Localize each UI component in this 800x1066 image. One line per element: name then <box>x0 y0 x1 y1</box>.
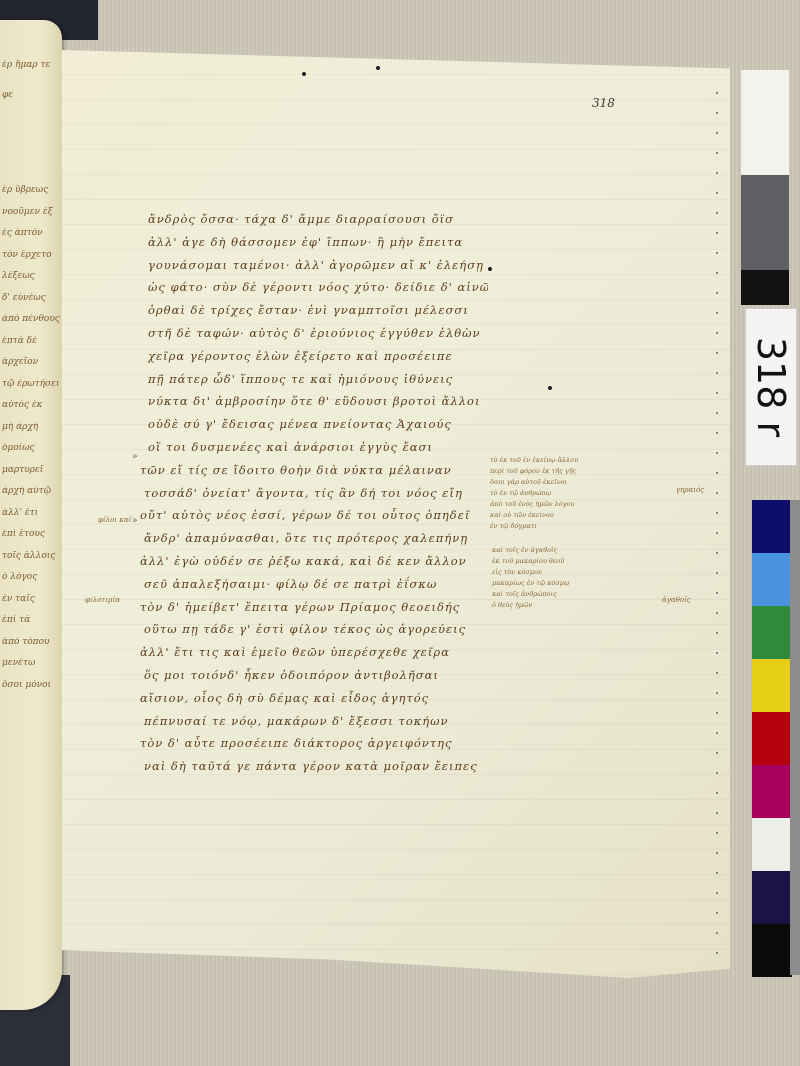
manuscript-line: σεῦ ἀπαλεξήσαιμι· φίλῳ δέ σε πατρὶ ἐΐσκω <box>144 573 488 596</box>
left-page-fragment: νοοῦμεν ἐξ <box>2 207 60 217</box>
gloss-line: ὁ θεὸς ἡμῶν <box>492 600 632 611</box>
ink-spot <box>488 267 492 271</box>
manuscript-line: ἀλλ' ἀγε δὴ θάσσομεν ἐφ' ἵππων· ἢ μὴν ἔπ… <box>148 231 488 254</box>
pricking-mark <box>716 152 718 154</box>
left-page-fragment: μαρτυρεῖ <box>2 465 60 475</box>
pricking-mark <box>716 472 718 474</box>
color-patch <box>752 818 792 871</box>
gray-patch <box>741 175 789 270</box>
color-patch <box>752 712 792 765</box>
color-patch <box>752 553 792 606</box>
interlinear-gloss-block-1: τὸ ἐκ τοῦ ἐν ἐκείνῳ ἄλλουπερὶ τοῦ φόρου … <box>490 455 640 532</box>
pricking-mark <box>716 272 718 274</box>
gloss-line: ἐν τῷ δόγματι <box>490 521 640 532</box>
left-page-fragment: τοῖς ἄλλοις <box>2 551 60 561</box>
pricking-mark <box>716 312 718 314</box>
pricking-mark <box>716 612 718 614</box>
left-page-fragment: αὐτὸς ἐκ <box>2 400 60 410</box>
pricking-mark <box>716 212 718 214</box>
gloss-line: ἐκ τοῦ μακαρίου θεοῦ <box>492 556 632 567</box>
pricking-mark <box>716 292 718 294</box>
main-text-block: ἄνδρὸς ὄσσα· τάχα δ' ἄμμε διαρραίσουσι ὄ… <box>148 208 488 778</box>
gray-patch <box>741 270 789 305</box>
pricking-mark <box>716 332 718 334</box>
manuscript-line: ἀλλ' ἔτι τις καὶ ἐμεῖο θεῶν ὑπερέσχεθε χ… <box>140 641 488 664</box>
color-patch <box>752 765 792 818</box>
pricking-mark <box>716 712 718 714</box>
manuscript-line: ὡς φάτο· σὺν δὲ γέροντι νόος χύτο· δείδι… <box>148 276 488 299</box>
manuscript-line: ὅς μοι τοιόνδ' ἧκεν ὁδοιπόρον ἀντιβολῆσα… <box>144 664 488 687</box>
left-page-fragment: ἀρχὴ αὐτῷ <box>2 486 60 496</box>
pricking-mark <box>716 752 718 754</box>
ink-spot <box>548 386 552 390</box>
manuscript-line: νύκτα δι' ἀμβροσίην ὅτε θ' εὕδουσι βροτο… <box>148 390 488 413</box>
manuscript-line: πέπνυσαί τε νόῳ, μακάρων δ' ἔξεσσι τοκήω… <box>144 710 488 733</box>
left-page-fragment: ἐρ ὕβρεως <box>2 185 60 195</box>
pricking-mark <box>716 912 718 914</box>
left-page-fragment: μὴ ἀρχή <box>2 422 60 432</box>
color-patch <box>752 924 792 977</box>
left-page-fragment: ἀπὸ τόπου <box>2 637 60 647</box>
pricking-mark <box>716 832 718 834</box>
pricking-mark <box>716 552 718 554</box>
pricking-mark <box>716 572 718 574</box>
manuscript-line: ναὶ δὴ ταῦτά γε πάντα γέρον κατὰ μοῖραν … <box>144 755 488 778</box>
left-page-fragment: ἀπὸ πένθους <box>2 314 60 324</box>
left-page-fragment: φε <box>2 90 60 100</box>
measurement-ruler <box>790 500 800 975</box>
gloss-line: μακαρίως ἐν τῷ κόσμῳ <box>492 578 632 589</box>
pricking-mark <box>716 172 718 174</box>
pricking-mark <box>716 932 718 934</box>
pricking-mark <box>716 112 718 114</box>
manuscript-line: ἄνδρ' ἀπαμύνασθαι, ὅτε τις πρότερος χαλε… <box>144 527 488 550</box>
pricking-mark <box>716 252 718 254</box>
pricking-mark <box>716 492 718 494</box>
manuscript-line: χεῖρα γέροντος ἑλὼν ἐξείρετο καὶ προσέει… <box>148 345 488 368</box>
left-page-fragment: ἐρ ἤμαρ τε <box>2 60 60 70</box>
left-page-fragment: ὁμοίως <box>2 443 60 453</box>
facing-left-page: ἐρ ἤμαρ τεφεἐρ ὕβρεωςνοοῦμεν ἐξἐς ἀπτὸντ… <box>0 20 62 1010</box>
pricking-mark <box>716 512 718 514</box>
line-marker: » <box>132 516 138 526</box>
left-page-fragment: ἑπτὰ δὲ <box>2 336 60 346</box>
pricking-mark <box>716 392 718 394</box>
manuscript-line: στῆ δὲ ταφών· αὐτὸς δ' ἐριούνιος ἐγγύθεν… <box>148 322 488 345</box>
gray-scale-card <box>741 70 789 305</box>
manuscript-line: τὸν δ' ἠμείβετ' ἔπειτα γέρων Πρίαμος θεο… <box>140 596 488 619</box>
pricking-mark <box>716 812 718 814</box>
color-patch <box>752 606 792 659</box>
left-page-fragment: τὸν ἔρχετο <box>2 250 60 260</box>
left-page-fragment: μενέτω <box>2 658 60 668</box>
gloss-line: καὶ οὐ τῶν ἐκείνου <box>490 510 640 521</box>
gray-patch <box>741 70 789 175</box>
right-margin-note: ἀγαθοῖς <box>662 596 691 604</box>
pricking-mark <box>716 732 718 734</box>
pricking-mark <box>716 92 718 94</box>
left-margin-note: φιλοτιμία <box>85 596 120 604</box>
left-page-fragment: δ' εὐνέως <box>2 293 60 303</box>
pricking-mark <box>716 192 718 194</box>
manuscript-line: ὀρθαὶ δὲ τρίχες ἔσταν· ἐνὶ γναμπτοῖσι μέ… <box>148 299 488 322</box>
folio-label-card: 318 r <box>745 308 797 466</box>
pricking-mark <box>716 592 718 594</box>
pricking-mark <box>716 672 718 674</box>
pricking-mark <box>716 452 718 454</box>
left-page-fragment: ὅσοι μόνοι <box>2 680 60 690</box>
gloss-line: τὸ ἐν τῷ ἀνθρώπῳ <box>490 488 640 499</box>
right-margin-note: γηραιός <box>676 486 704 494</box>
manuscript-line: τῶν εἴ τίς σε ἴδοιτο θοὴν διὰ νύκτα μέλα… <box>140 459 488 482</box>
pricking-mark <box>716 412 718 414</box>
pricking-mark <box>716 352 718 354</box>
gloss-line: ὅσοι γὰρ αὐτοῦ ἐκεῖνοι <box>490 477 640 488</box>
manuscript-line: οἵ τοι δυσμενέες καὶ ἀνάρσιοι ἐγγὺς ἔασι <box>148 436 488 459</box>
left-page-fragment: ἀρχεῖον <box>2 357 60 367</box>
left-page-fragment: ἐπὶ τὰ <box>2 615 60 625</box>
pricking-mark <box>716 652 718 654</box>
pricking-mark <box>716 872 718 874</box>
manuscript-line: οὔτ' αὐτὸς νέος ἐσσί, γέρων δέ τοι οὗτος… <box>140 504 488 527</box>
pricking-mark <box>716 792 718 794</box>
manuscript-line: αἴσιον, οἷος δὴ σὺ δέμας καὶ εἶδος ἀγητό… <box>140 687 488 710</box>
color-patch <box>752 659 792 712</box>
gloss-line: καὶ τοῖς ἐν ἀγαθοῖς <box>492 545 632 556</box>
pricking-mark <box>716 852 718 854</box>
manuscript-line: τὸν δ' αὖτε προσέειπε διάκτορος ἀργειφόν… <box>140 732 488 755</box>
left-page-fragment: ὁ λόγος <box>2 572 60 582</box>
manuscript-line: πῇ πάτερ ὧδ' ἵππους τε καὶ ἡμιόνους ἰθύν… <box>148 368 488 391</box>
left-page-fragment: ἐς ἀπτὸν <box>2 228 60 238</box>
color-patch <box>752 871 792 924</box>
manuscript-line: ἀλλ' ἐγὼ οὐδέν σε ῥέξω κακά, καὶ δέ κεν … <box>140 550 488 573</box>
left-page-fragment: ἀλλ' ἔτι <box>2 508 60 518</box>
gloss-line: ἀπὸ τοῦ ἐνὸς ἡμῶν λόγου <box>490 499 640 510</box>
color-patch <box>752 500 792 553</box>
manuscript-line: οὐδὲ σύ γ' ἔδεισας μένεα πνείοντας Ἀχαιο… <box>148 413 488 436</box>
gloss-line: εἰς τὸν κόσμον <box>492 567 632 578</box>
manuscript-line: τοσσάδ' ὀνείατ' ἄγοντα, τίς ἂν δή τοι νό… <box>144 482 488 505</box>
manuscript-line: οὕτω πῃ τάδε γ' ἐστὶ φίλον τέκος ὡς ἀγορ… <box>144 618 488 641</box>
left-page-fragment: τῷ ἐρωτήσει <box>2 379 60 389</box>
folio-number: 318 <box>592 96 615 110</box>
pricking-mark <box>716 892 718 894</box>
line-marker: » <box>132 452 138 462</box>
ink-spot <box>376 66 380 70</box>
manuscript-line: γουνάσομαι ταμένοι· ἀλλ' ἀγορῶμεν αἴ κ' … <box>148 254 488 277</box>
pricking-mark <box>716 432 718 434</box>
pricking-mark <box>716 132 718 134</box>
left-page-fragment: ἐπὶ ἔτους <box>2 529 60 539</box>
gloss-line: περὶ τοῦ φόρου ἐκ τῆς γῆς <box>490 466 640 477</box>
pricking-mark <box>716 532 718 534</box>
ink-spot <box>302 72 306 76</box>
pricking-mark <box>716 632 718 634</box>
folio-label: 318 r <box>749 337 793 437</box>
pricking-mark <box>716 232 718 234</box>
left-page-fragment: ἐν ταῖς <box>2 594 60 604</box>
gloss-line: καὶ τοῖς ἀνθρώποις <box>492 589 632 600</box>
left-page-fragment: λέξεως <box>2 271 60 281</box>
interlinear-gloss-block-2: καὶ τοῖς ἐν ἀγαθοῖςἐκ τοῦ μακαρίου θεοῦε… <box>492 545 632 611</box>
pricking-mark <box>716 692 718 694</box>
pricking-mark <box>716 772 718 774</box>
left-margin-note: φίλοι καί <box>98 516 131 524</box>
pricking-mark <box>716 952 718 954</box>
gloss-line: τὸ ἐκ τοῦ ἐν ἐκείνῳ ἄλλου <box>490 455 640 466</box>
color-calibration-scale <box>752 500 792 977</box>
manuscript-line: ἄνδρὸς ὄσσα· τάχα δ' ἄμμε διαρραίσουσι ὄ… <box>148 208 488 231</box>
pricking-mark <box>716 372 718 374</box>
